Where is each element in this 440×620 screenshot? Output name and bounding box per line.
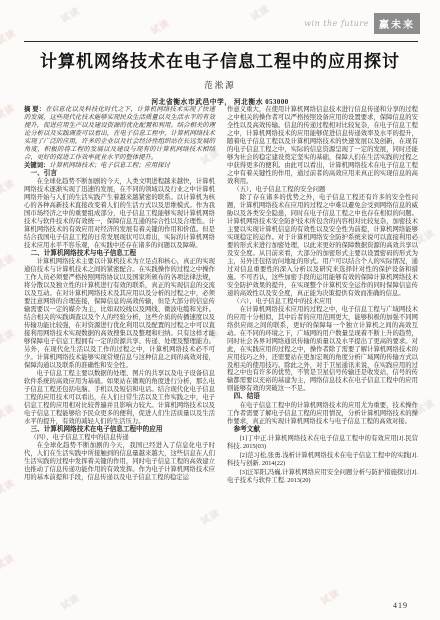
author-name: 范淞源: [0, 79, 440, 91]
affiliation: 河北省衡水市武邑中学， 河北衡水 053000: [0, 96, 440, 106]
watermark-stamp: 试读: [0, 476, 17, 497]
watermark-stamp: 试读: [0, 401, 17, 422]
abstract: 摘 要：在信息化以及科技化时代之下，计算机网络技术实现了快速的发展，这些现代化技…: [24, 106, 215, 162]
section-heading-conclusion: 四、结语: [227, 393, 418, 401]
paragraph-introduction: 在全球化趋势不断加剧的今天，人类文明进程越来越快，计算机网络技术逐渐实现了迅速的…: [24, 178, 215, 250]
section-heading-introduction: 一、引言: [24, 170, 215, 178]
references: 参考文献 [1]丁中正.计算机网络技术在电子信息工程中的有效应用[J].民营科技…: [227, 426, 418, 485]
watermark-stamp: 试读: [0, 326, 17, 347]
abstract-label: 摘 要：: [24, 106, 45, 113]
watermark-stamp: 试读: [0, 176, 17, 197]
brand-script-text: win the future: [304, 19, 369, 28]
watermark-stamp: 试读: [0, 551, 17, 572]
paper-title: 计算机网络技术在电子信息工程中的应用探讨: [0, 47, 440, 72]
paragraph-info-transfer-continued: 作意义重大，在使用计算机网络信息技术进行信息传递和分享的过程之中相关的操作者可以…: [227, 106, 418, 186]
title-block: 计算机网络技术在电子信息工程中的应用探讨 范淞源 河北省衡水市武邑中学， 河北衡…: [0, 47, 440, 106]
references-heading: 参考文献: [227, 426, 418, 434]
keywords: 关键词：计算机网络技术；电子信息工程；应用探讨: [24, 162, 215, 170]
subsection-heading-tech-application: （六）、电子信息工程中的技术应用: [227, 298, 418, 306]
watermark-stamp: 试读: [0, 251, 17, 272]
journal-brand: win the future 赢未来: [304, 13, 420, 34]
reference-item: [3]汪军阳,冯巍.计算机网络应用安全问题分析与防护措施探讨[J].电子技术与软…: [227, 469, 418, 485]
page-number: 419: [393, 601, 408, 610]
subsection-heading-security: （五）、电子信息工程的安全问题: [227, 186, 418, 194]
keywords-label: 关键词：: [24, 162, 49, 169]
left-column: 摘 要：在信息化以及科技化时代之下，计算机网络技术实现了快速的发展，这些现代化技…: [24, 106, 215, 592]
watermark-stamp: 试读: [248, 2, 272, 23]
body-columns: 摘 要：在信息化以及科技化时代之下，计算机网络技术实现了快速的发展，这些现代化技…: [24, 106, 418, 592]
brand-logo: 赢未来: [374, 13, 420, 34]
reference-item: [2]范习松,张勇.浅析计算机网络技术在电子信息工程中的实践[J].科技与创新.…: [227, 452, 418, 468]
reference-item: [1]丁中正.计算机网络技术在电子信息工程中的有效应用[J].民营科技. 201…: [227, 435, 418, 451]
abstract-text: 在信息化以及科技化时代之下，计算机网络技术实现了快速的发展，这些现代化技术能够实…: [24, 106, 215, 161]
header-divider: [24, 41, 418, 42]
paper-page: 试读 试读 试读 试读 试读 试读 试读 试读 试读 试读 试读 试读 试读 试…: [0, 0, 440, 620]
watermark-stamp: 试读: [58, 4, 82, 25]
paragraph-conclusion: 在电子信息工程中的计算机网络技术的应用尤为重要，技术操作工作者需要了解电子信息工…: [227, 402, 418, 426]
paragraph-network-tech: 计算机网络技术主要以计算机技术为立足点和核心，真正的实现通信技术与计算机技术之间…: [24, 258, 215, 370]
paragraph-security: 除了存在诸多的优势之外，电子信息工程还有许多的安全性问题，计算机网络技术在应用的…: [227, 194, 418, 298]
watermark-stamp: 试读: [0, 26, 18, 47]
keywords-text: 计算机网络技术；电子信息工程；应用探讨: [49, 162, 170, 169]
watermark-stamp: 试读: [58, 591, 82, 612]
paragraph-info-transfer: 在全球化趋势不断加剧的今天，我国已经进入了信息化电子时代，人们在生活实践中所接触…: [24, 442, 215, 482]
right-column: 作意义重大，在使用计算机网络信息技术进行信息传递和分享的过程之中相关的操作者可以…: [227, 106, 418, 592]
paragraph-eie-basis: 电子信息工程主要以数据的处理、图片的共享以及电子设备信息软件系统的高效应用为基础…: [24, 370, 215, 426]
watermark-stamp: 试读: [148, 16, 172, 37]
paragraph-tech-application: 在计算机网络技术应用的过程之中，电子信息工程与广域网技术的应用十分相似，其中后者…: [227, 306, 418, 394]
